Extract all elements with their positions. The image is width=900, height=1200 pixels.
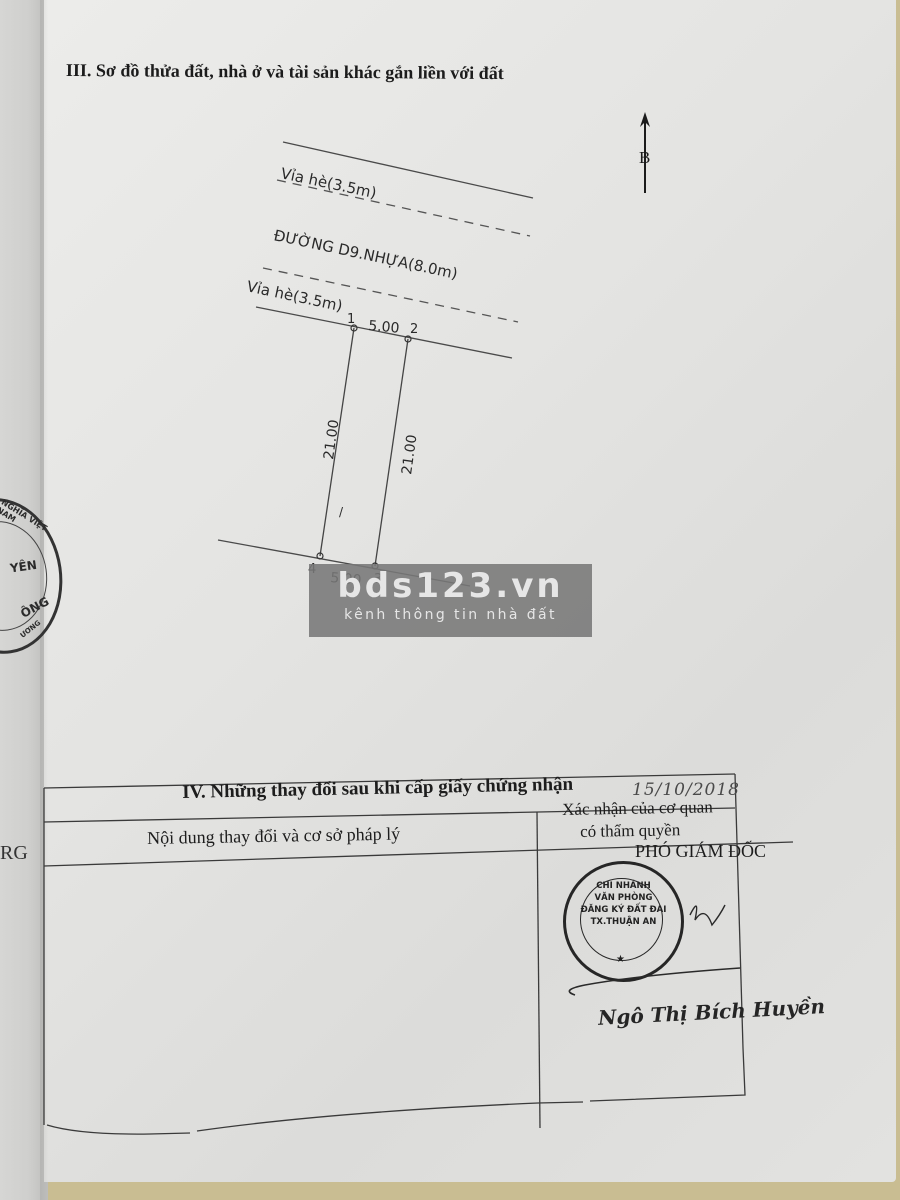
road-label: ĐƯỜNG D9.NHỰA(8.0m) [272, 225, 459, 283]
corner-1-label: 1 [347, 312, 355, 327]
signer-role: PHÓ GIÁM ĐỐC [635, 841, 766, 862]
right-length-label: 21.00 [399, 434, 420, 476]
sidewalk-bottom-label: Vỉa hè(3.5m) [245, 277, 344, 315]
seal-line1: CHI NHÁNH [566, 880, 681, 892]
watermark-tagline: kênh thông tin nhà đất [309, 606, 592, 624]
seal-center-text: CHI NHÁNH VĂN PHÒNG ĐĂNG KÝ ĐẤT ĐAI TX.T… [566, 880, 681, 928]
seal-star-icon: ★ [616, 954, 625, 965]
parcel-number-mark: / [339, 505, 344, 519]
sidewalk-top-label: Vỉa hè(3.5m) [279, 164, 378, 202]
adjacent-page-text: RG [0, 842, 28, 865]
registration-office-seal: CHI NHÁNH VĂN PHÒNG ĐĂNG KÝ ĐẤT ĐAI TX.T… [563, 861, 684, 982]
confirmation-column-header-line2: có thẩm quyền [580, 820, 680, 842]
seal-line4: TX.THUẬN AN [566, 916, 681, 928]
corner-2-label: 2 [410, 322, 418, 337]
watermark-banner: bds123.vn kênh thông tin nhà đất [309, 564, 592, 637]
seal-line3: ĐĂNG KÝ ĐẤT ĐAI [566, 904, 681, 916]
content-column-header: Nội dung thay đổi và cơ sở pháp lý [147, 824, 400, 849]
left-length-label: 21.00 [321, 419, 342, 461]
confirmation-column-header-line1: Xác nhận của cơ quan [562, 797, 713, 820]
watermark-brand: bds123.vn [309, 566, 592, 606]
seal-line2: VĂN PHÒNG [566, 892, 681, 904]
front-length-label: 5.00 [368, 318, 400, 337]
north-label: B [639, 148, 650, 167]
